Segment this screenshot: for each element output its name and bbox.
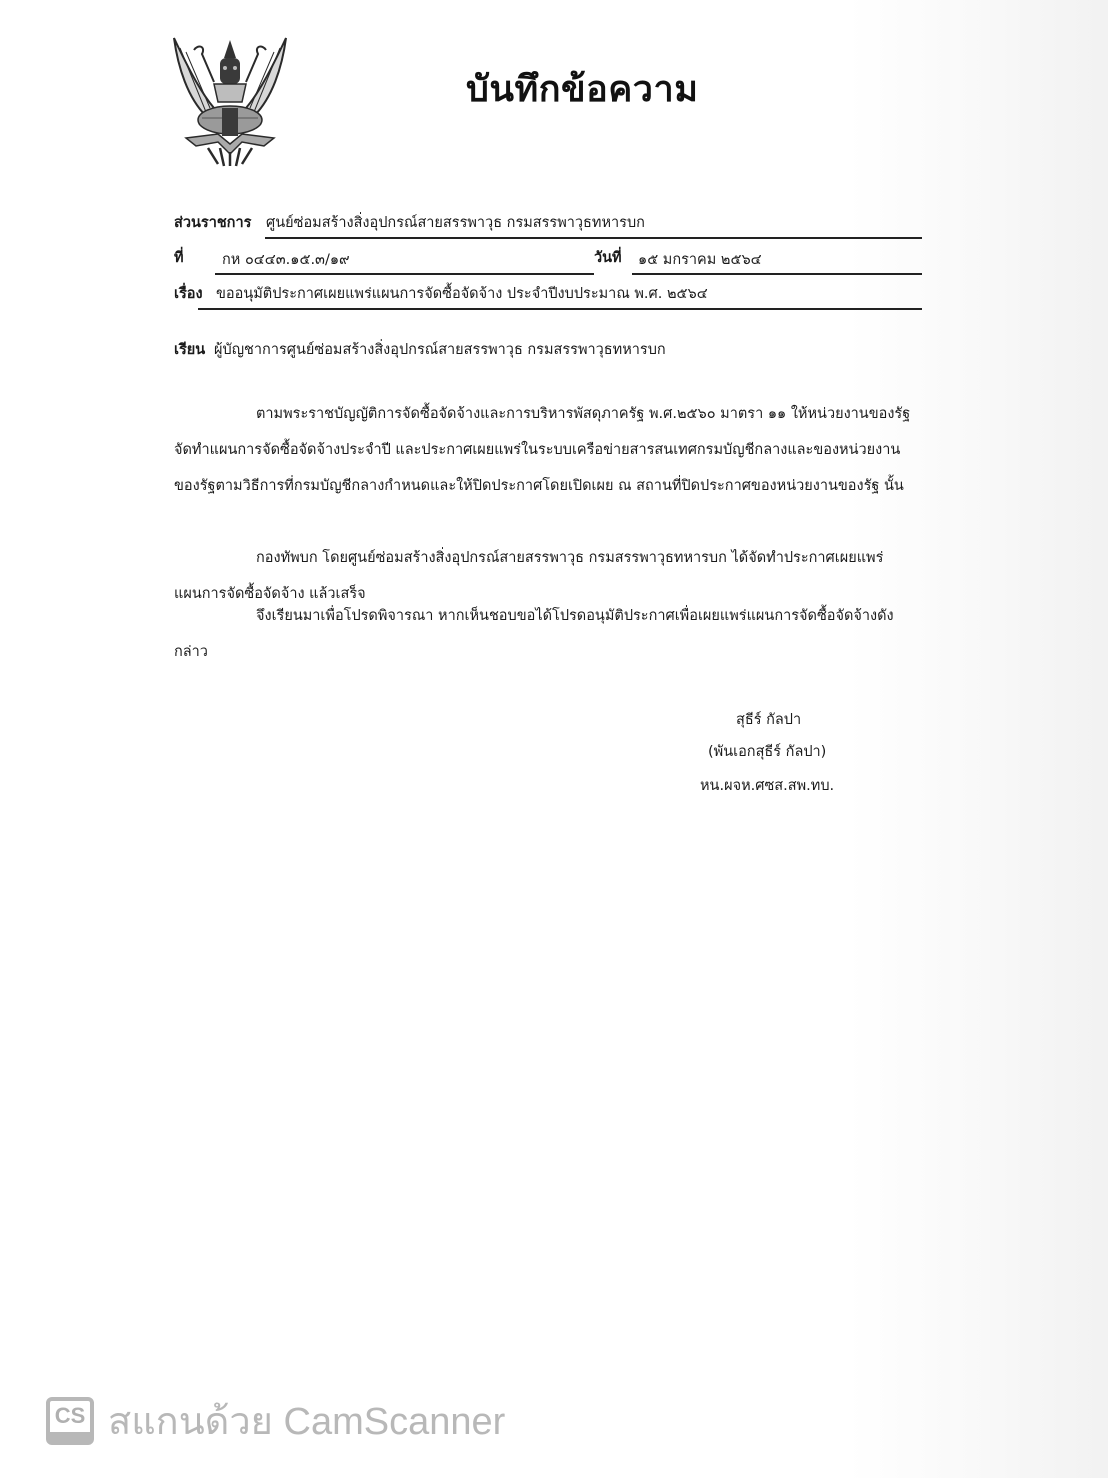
subject-label: เรื่อง <box>174 287 203 302</box>
subject-value: ขออนุมัติประกาศเผยแพร่แผนการจัดซื้อจัดจ้… <box>216 287 708 302</box>
date-label: วันที่ <box>594 251 622 266</box>
ref-label: ที่ <box>174 251 184 266</box>
camscanner-logo-text: CS <box>50 1403 90 1429</box>
camscanner-logo-icon: CS <box>46 1397 94 1445</box>
ref-value: กห ๐๔๔๓.๑๕.๓/๑๙ <box>222 253 350 268</box>
signature-name: สุธีร์ กัลปา <box>736 708 801 731</box>
body-paragraph-3: จึงเรียนมาเพื่อโปรดพิจารณา หากเห็นชอบขอไ… <box>174 598 922 670</box>
salutation-value: ผู้บัญชาการศูนย์ซ่อมสร้างสิ่งอุปกรณ์สายส… <box>214 343 666 358</box>
agency-underline <box>265 237 922 239</box>
agency-value: ศูนย์ซ่อมสร้างสิ่งอุปกรณ์สายสรรพาวุธ กรม… <box>266 216 645 231</box>
body-paragraph-1: ตามพระราชบัญญัติการจัดซื้อจัดจ้างและการบ… <box>174 396 922 504</box>
signature-position: หน.ผจห.ศซส.สพ.ทบ. <box>700 774 834 797</box>
subject-underline <box>198 308 922 310</box>
watermark-text: สแกนด้วย CamScanner <box>108 1390 505 1451</box>
logo-bar <box>50 1432 90 1441</box>
garuda-emblem-icon <box>168 28 292 168</box>
camscanner-watermark: CS สแกนด้วย CamScanner <box>46 1390 505 1451</box>
document-title: บันทึกข้อความ <box>466 72 698 108</box>
date-underline <box>632 273 922 275</box>
salutation-label: เรียน <box>174 343 205 358</box>
agency-label: ส่วนราชการ <box>174 216 251 231</box>
paragraph-3-text: จึงเรียนมาเพื่อโปรดพิจารณา หากเห็นชอบขอไ… <box>174 608 894 660</box>
date-value: ๑๕ มกราคม ๒๕๖๔ <box>638 253 762 268</box>
signature-full-name: (พันเอกสุธีร์ กัลปา) <box>708 740 826 763</box>
ref-underline <box>215 273 594 275</box>
page-shadow <box>848 0 1108 1478</box>
paragraph-1-text: ตามพระราชบัญญัติการจัดซื้อจัดจ้างและการบ… <box>174 406 910 494</box>
paragraph-2-text: กองทัพบก โดยศูนย์ซ่อมสร้างสิ่งอุปกรณ์สาย… <box>174 550 883 602</box>
